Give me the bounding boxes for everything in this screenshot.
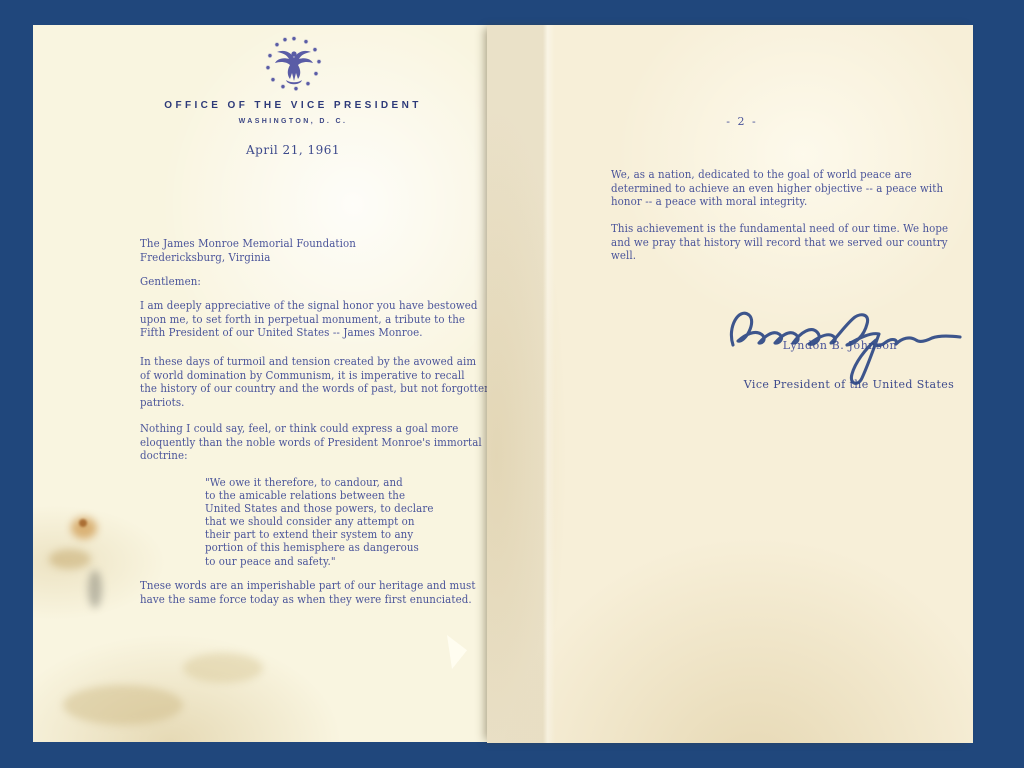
paragraph-2: In these days of turmoil and tension cre… xyxy=(140,355,490,409)
recipient-address: The James Monroe Memorial Foundation Fre… xyxy=(140,237,490,264)
svg-text:✹: ✹ xyxy=(265,64,271,72)
svg-text:✹: ✹ xyxy=(316,58,322,66)
paragraph-1: We, as a nation, dedicated to the goal o… xyxy=(611,168,973,209)
svg-text:✹: ✹ xyxy=(282,36,288,44)
closing-paragraph: Tnese words are an imperishable part of … xyxy=(140,579,490,606)
svg-text:✹: ✹ xyxy=(280,83,286,91)
letterhead-city: WASHINGTON, D. C. xyxy=(95,118,490,125)
svg-text:✹: ✹ xyxy=(305,80,311,88)
signer-title: Vice President of the United States xyxy=(699,378,973,391)
letterhead-office: OFFICE OF THE VICE PRESIDENT xyxy=(95,100,490,111)
typed-signer-name: Lyndon B. Johnson xyxy=(740,339,940,352)
svg-text:✹: ✹ xyxy=(293,85,299,93)
svg-text:✹: ✹ xyxy=(313,70,319,78)
svg-text:✹: ✹ xyxy=(291,35,297,43)
paper-stain xyxy=(49,549,91,569)
monroe-doctrine-quote: "We owe it therefore, to candour, and to… xyxy=(205,476,490,568)
slide: ✹✹ ✹✹ ✹✹ ✹✹ ✹✹ ✹✹ ✹ OFFICE OF THE VICE P… xyxy=(0,0,1024,768)
letter-page-2: - 2 - We, as a nation, dedicated to the … xyxy=(487,25,973,743)
lyndon-b-johnson-signature-icon xyxy=(719,287,964,387)
paper-stain xyxy=(71,517,97,539)
paper-stain xyxy=(88,570,102,608)
paragraph-2: This achievement is the fundamental need… xyxy=(611,222,973,263)
svg-text:✹: ✹ xyxy=(312,46,318,54)
paper-stain xyxy=(63,685,183,725)
salutation: Gentlemen: xyxy=(140,275,490,289)
paper-stain xyxy=(79,519,87,527)
paragraph-3: Nothing I could say, feel, or think coul… xyxy=(140,422,490,463)
svg-text:✹: ✹ xyxy=(303,38,309,46)
paper-stain xyxy=(183,653,263,683)
svg-text:✹: ✹ xyxy=(274,41,280,49)
svg-text:✹: ✹ xyxy=(267,52,273,60)
vice-president-seal-icon: ✹✹ ✹✹ ✹✹ ✹✹ ✹✹ ✹✹ ✹ xyxy=(262,34,326,98)
letter-page-1: ✹✹ ✹✹ ✹✹ ✹✹ ✹✹ ✹✹ ✹ OFFICE OF THE VICE P… xyxy=(33,25,490,742)
page-number: - 2 - xyxy=(592,115,892,128)
letter-date: April 21, 1961 xyxy=(95,143,490,157)
paragraph-1: I am deeply appreciative of the signal h… xyxy=(140,299,490,340)
svg-text:✹: ✹ xyxy=(270,76,276,84)
